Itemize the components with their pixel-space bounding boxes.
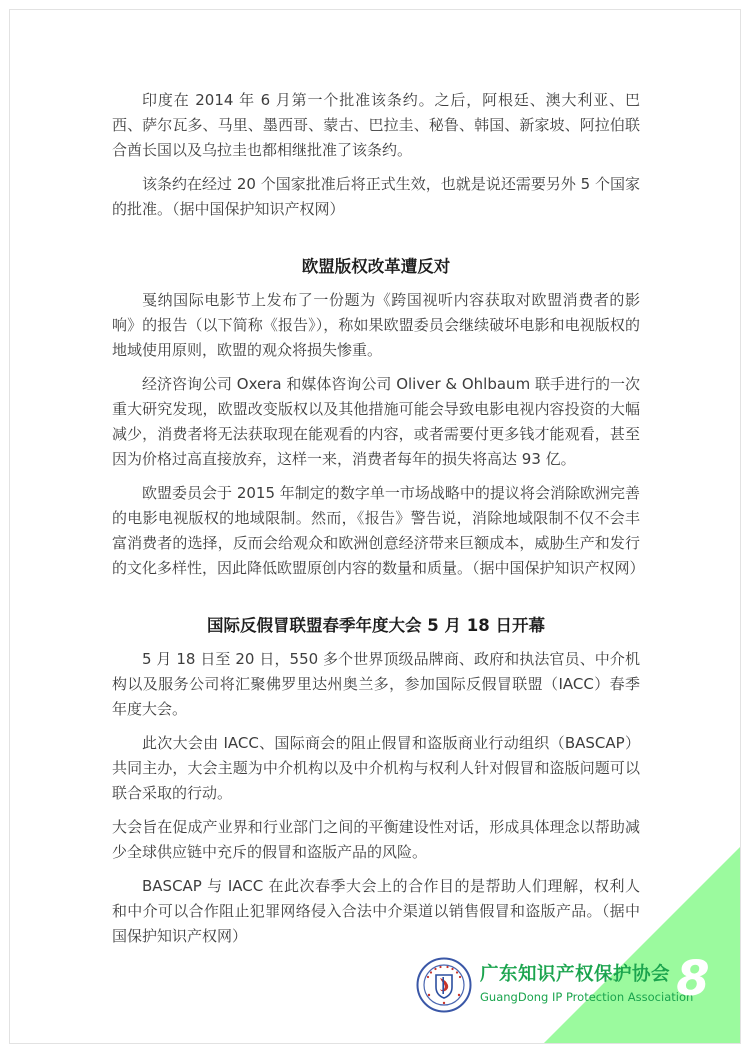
paragraph: 戛纳国际电影节上发布了一份题为《跨国视听内容获取对欧盟消费者的影响》的报告（以下… <box>112 288 640 363</box>
paragraph: 5 月 18 日至 20 日，550 多个世界顶级品牌商、政府和执法官员、中介机… <box>112 647 640 722</box>
section-heading: 欧盟版权改革遭反对 <box>112 254 640 280</box>
paragraph: 欧盟委员会于 2015 年制定的数字单一市场战略中的提议将会消除欧洲完善的电影电… <box>112 481 640 581</box>
document-page: 印度在 2014 年 6 月第一个批准该条约。之后，阿根廷、澳大利亚、巴西、萨尔… <box>9 9 741 1044</box>
paragraph: 经济咨询公司 Oxera 和媒体咨询公司 Oliver & Ohlbaum 联手… <box>112 372 640 472</box>
paragraph: 此次大会由 IACC、国际商会的阻止假冒和盗版商业行动组织（BASCAP）共同主… <box>112 731 640 806</box>
page-content: 印度在 2014 年 6 月第一个批准该条约。之后，阿根廷、澳大利亚、巴西、萨尔… <box>112 88 640 958</box>
gdipa-logo-icon <box>416 957 472 1013</box>
paragraph: 该条约在经过 20 个国家批准后将正式生效，也就是说还需要另外 5 个国家的批准… <box>112 172 640 222</box>
paragraph: 印度在 2014 年 6 月第一个批准该条约。之后，阿根廷、澳大利亚、巴西、萨尔… <box>112 88 640 163</box>
paragraph: BASCAP 与 IACC 在此次春季大会上的合作目的是帮助人们理解，权利人和中… <box>112 874 640 949</box>
paragraph: 大会旨在促成产业界和行业部门之间的平衡建设性对话，形成具体理念以帮助减少全球供应… <box>112 815 640 865</box>
section-heading: 国际反假冒联盟春季年度大会 5 月 18 日开幕 <box>112 613 640 639</box>
